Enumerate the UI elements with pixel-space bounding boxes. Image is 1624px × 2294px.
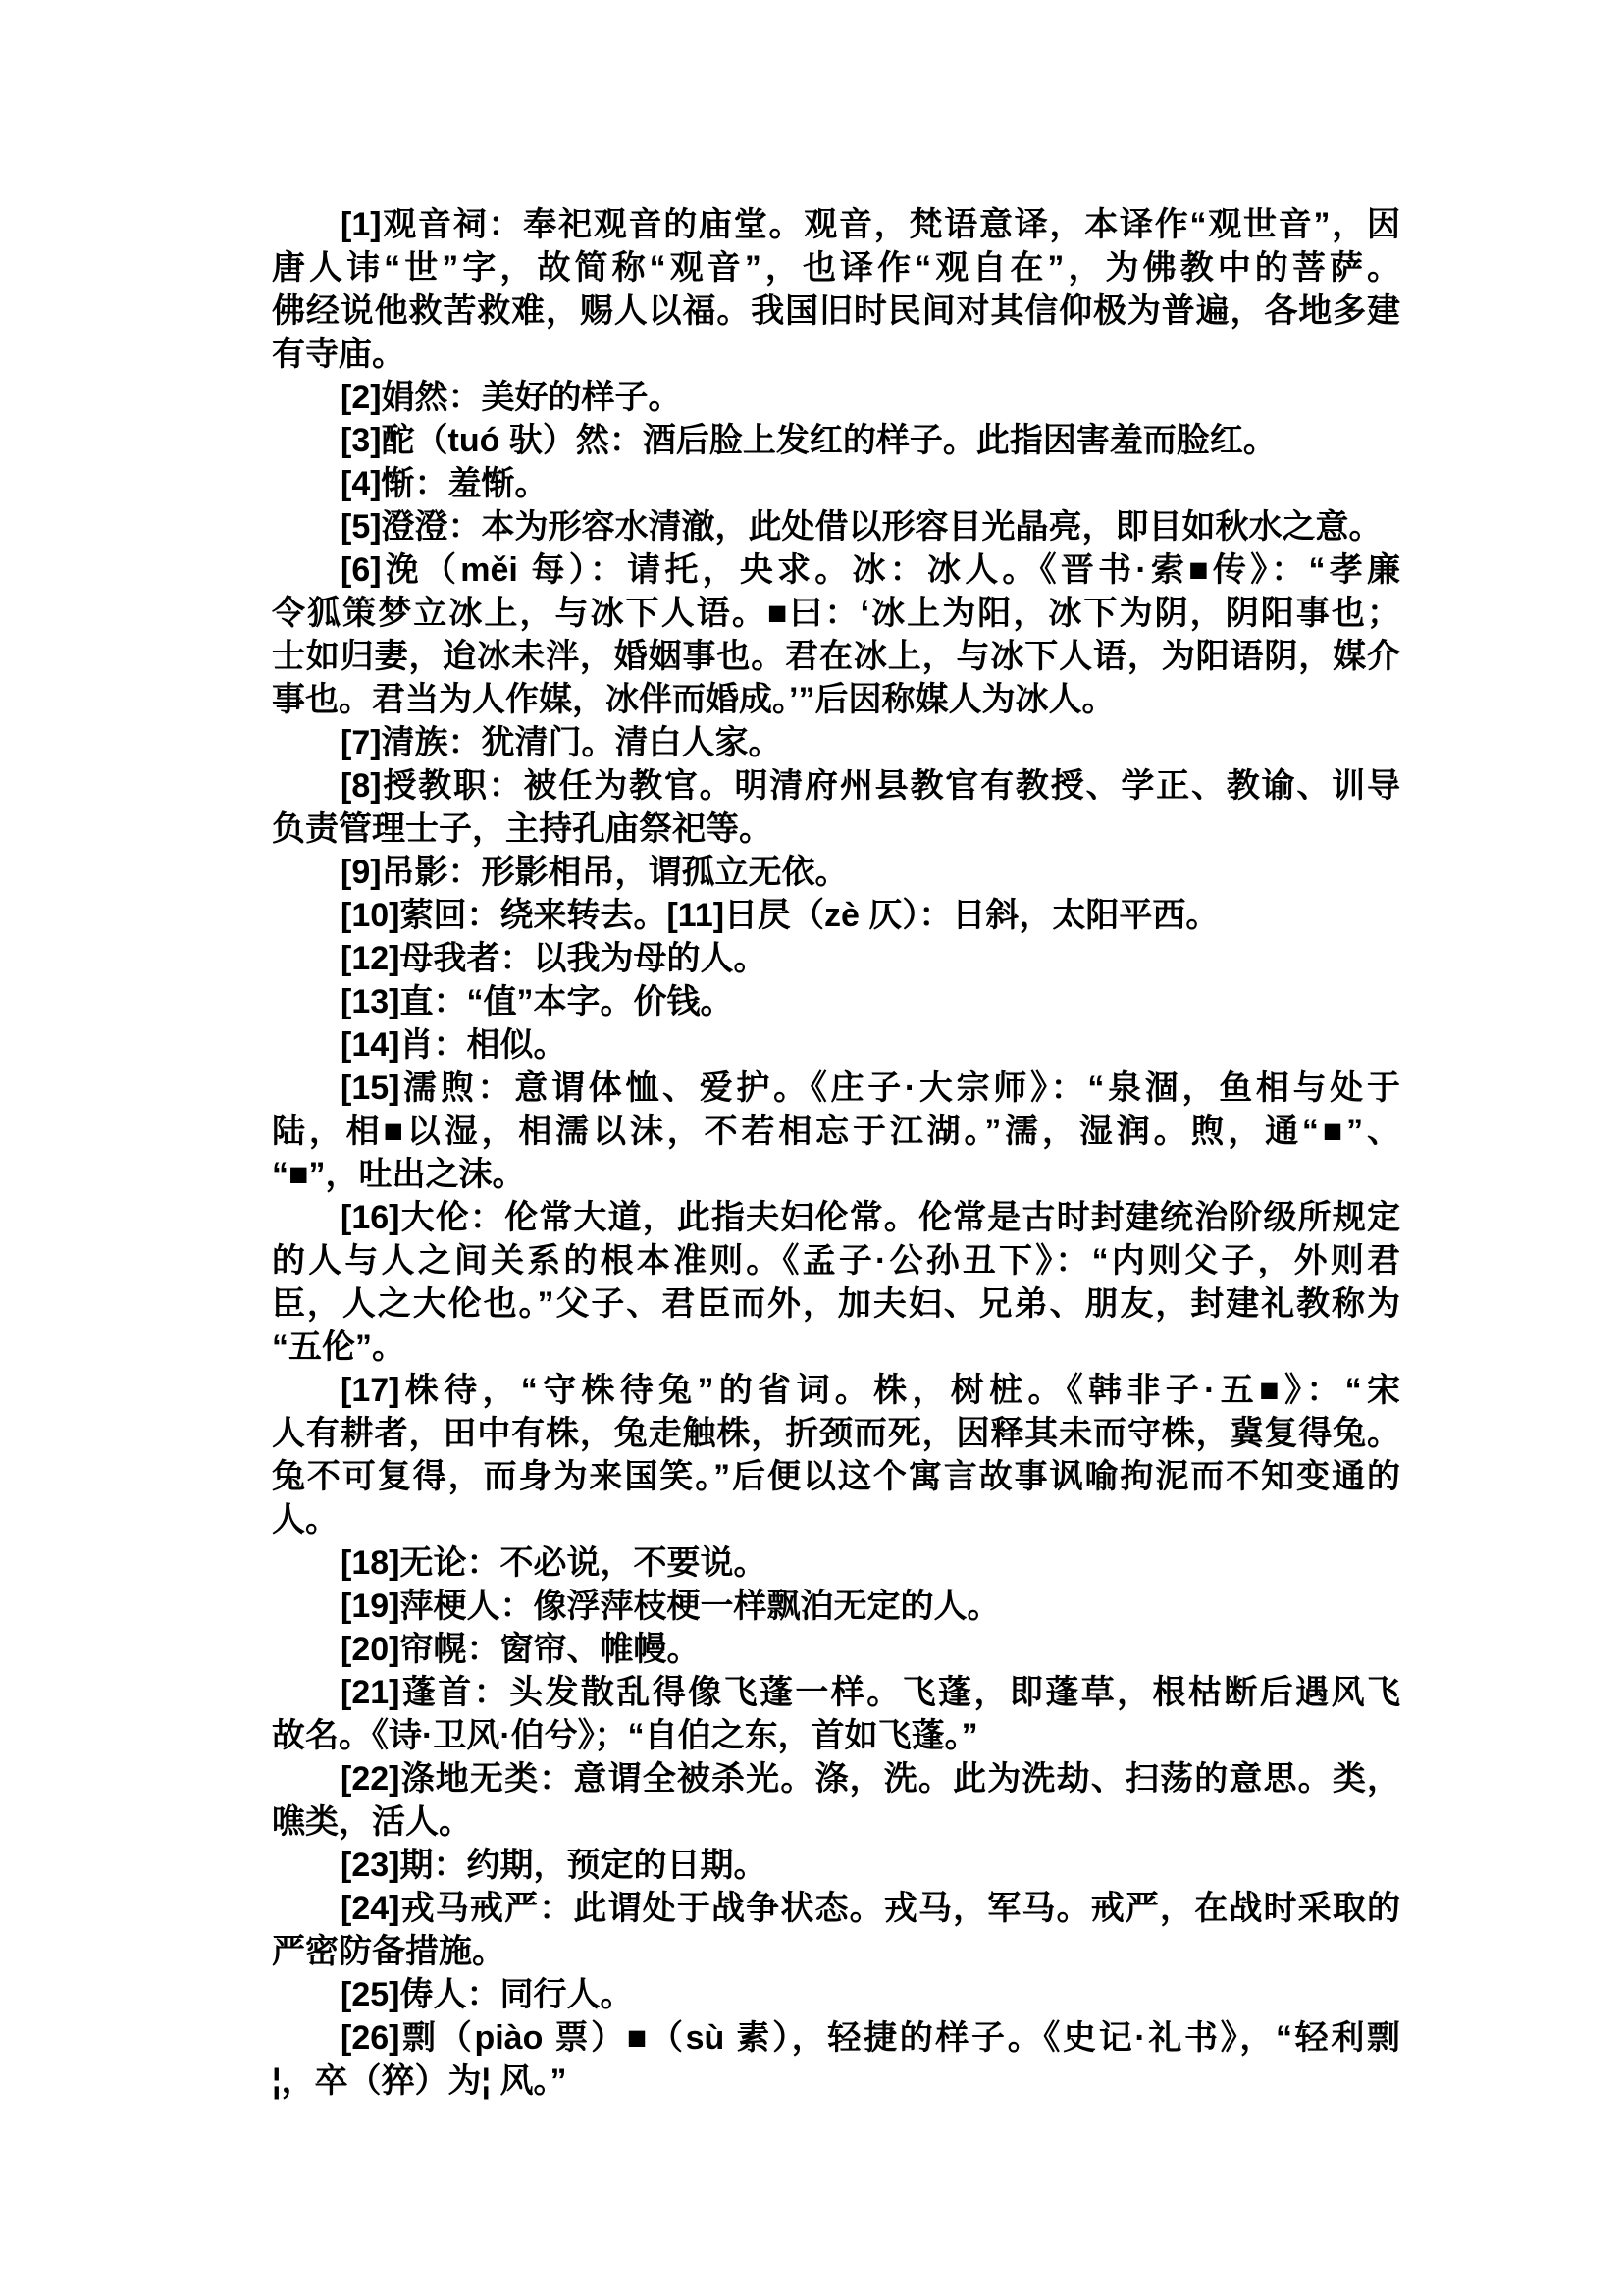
text-line: [6]浼（měi 每）：请托，央求。冰：冰人。《晋书·索■传》：“孝廉: [272, 548, 1400, 592]
text-line: [3]酡（tuó 驮）然：酒后脸上发红的样子。此指因害羞而脸红。: [272, 419, 1400, 462]
text-line: [2]娟然：美好的样子。: [272, 376, 1400, 419]
text-line: [24]戎马戒严：此谓处于战争状态。戎马，军马。戒严，在战时采取的: [272, 1887, 1400, 1930]
text-line: [9]吊影：形影相吊，谓孤立无依。: [272, 851, 1400, 894]
text-line: [20]帘幌：窗帘、帷幔。: [272, 1628, 1400, 1671]
text-line: [19]萍梗人：像浮萍枝梗一样飘泊无定的人。: [272, 1585, 1400, 1628]
text-line: 兔不可复得，而身为来国笑。”后便以这个寓言故事讽喻拘泥而不知变通的: [272, 1455, 1400, 1498]
text-line: [16]大伦：伦常大道，此指夫妇伦常。伦常是古时封建统治阶级所规定: [272, 1196, 1400, 1239]
text-line: 负责管理士子，主持孔庙祭祀等。: [272, 808, 1400, 851]
text-line: “■”，吐出之沫。: [272, 1153, 1400, 1196]
text-line: [12]母我者：以我为母的人。: [272, 937, 1400, 980]
text-line: [17]株待，“守株待兔”的省词。株，树桩。《韩非子·五■》：“宋: [272, 1369, 1400, 1412]
text-line: 的人与人之间关系的根本准则。《孟子·公孙丑下》：“内则父子，外则君: [272, 1239, 1400, 1282]
text-line: 臣，人之大伦也。”父子、君臣而外，加夫妇、兄弟、朋友，封建礼教称为: [272, 1282, 1400, 1326]
text-line: [14]肖：相似。: [272, 1023, 1400, 1067]
text-line: 噍类，活人。: [272, 1800, 1400, 1844]
text-line: ¦，卒（猝）为¦ 风。”: [272, 2059, 1400, 2103]
text-line: 佛经说他救苦救难，赐人以福。我国旧时民间对其信仰极为普遍，各地多建: [272, 289, 1400, 333]
text-line: [5]澄澄：本为形容水清澈，此处借以形容目光晶亮，即目如秋水之意。: [272, 505, 1400, 548]
text-line: [22]涤地无类：意谓全被杀光。涤，洗。此为洗劫、扫荡的意思。类，: [272, 1757, 1400, 1800]
annotations-text-block: [1]观音祠：奉祀观音的庙堂。观音，梵语意译，本译作“观世音”，因 唐人讳“世”…: [272, 203, 1400, 2103]
text-line: 令狐策梦立冰上，与冰下人语。■曰：‘冰上为阳，冰下为阴，阴阳事也；: [272, 592, 1400, 635]
text-line: 事也。君当为人作媒，冰伴而婚成。’”后因称媒人为冰人。: [272, 678, 1400, 721]
text-line: 人。: [272, 1498, 1400, 1541]
text-line: [21]蓬首：头发散乱得像飞蓬一样。飞蓬，即蓬草，根枯断后遇风飞旋，: [272, 1671, 1400, 1714]
text-line: [26]剽（piào 票）■（sù 素），轻捷的样子。《史记·礼书》，“轻利剽: [272, 2016, 1400, 2059]
text-line: [10]萦回：绕来转去。[11]日昃（zè 仄）：日斜，太阳平西。: [272, 894, 1400, 937]
text-line: 有寺庙。: [272, 333, 1400, 376]
text-line: [4]惭：羞惭。: [272, 462, 1400, 505]
text-line: [15]濡煦：意谓体恤、爱护。《庄子·大宗师》：“泉涸，鱼相与处于: [272, 1067, 1400, 1110]
text-line: [25]俦人：同行人。: [272, 1973, 1400, 2016]
text-line: [8]授教职：被任为教官。明清府州县教官有教授、学正、教谕、训导等，: [272, 764, 1400, 808]
text-line: [13]直：“值”本字。价钱。: [272, 980, 1400, 1023]
scanned-document-page: [1]观音祠：奉祀观音的庙堂。观音，梵语意译，本译作“观世音”，因 唐人讳“世”…: [0, 0, 1624, 2294]
text-line: 士如归妻，迨冰未泮，婚姻事也。君在冰上，与冰下人语，为阳语阴，媒介: [272, 635, 1400, 678]
text-line: [1]观音祠：奉祀观音的庙堂。观音，梵语意译，本译作“观世音”，因: [272, 203, 1400, 246]
text-line: 严密防备措施。: [272, 1930, 1400, 1973]
text-line: 故名。《诗·卫风·伯兮》；“自伯之东，首如飞蓬。”: [272, 1714, 1400, 1757]
text-line: [7]清族：犹清门。清白人家。: [272, 721, 1400, 764]
text-line: [18]无论：不必说，不要说。: [272, 1541, 1400, 1585]
text-line: [23]期：约期，预定的日期。: [272, 1844, 1400, 1887]
text-line: “五伦”。: [272, 1326, 1400, 1369]
text-line: 陆，相■以湿，相濡以沫，不若相忘于江湖。”濡，湿润。煦，通“■”、: [272, 1110, 1400, 1153]
text-line: 人有耕者，田中有株，兔走触株，折颈而死，因释其未而守株，冀复得兔。: [272, 1412, 1400, 1455]
text-line: 唐人讳“世”字，故简称“观音”，也译作“观自在”，为佛教中的菩萨。: [272, 246, 1400, 289]
